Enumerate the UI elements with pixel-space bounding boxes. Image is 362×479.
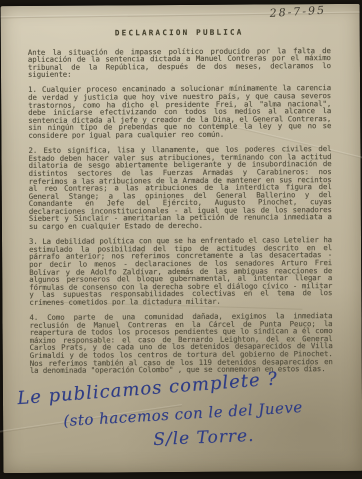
paragraph-4: 4. Como parte de una comunidad dañada, e… [29, 312, 332, 375]
paragraph-1: 1. Cualquier proceso encaminado a soluci… [28, 85, 331, 140]
handwritten-notes: Le publicamos complete ? (sto hacemos co… [3, 373, 362, 467]
document-title: DECLARACION PUBLICA [28, 28, 331, 37]
intro-paragraph: Ante la situación de impasse político pr… [28, 47, 331, 79]
typed-text-block: DECLARACION PUBLICA Ante la situación de… [28, 28, 333, 382]
paper-crease [0, 404, 182, 435]
scanned-document: 28-7-95 DECLARACION PUBLICA Ante la situ… [0, 0, 362, 479]
document-page: 28-7-95 DECLARACION PUBLICA Ante la situ… [1, 4, 362, 473]
handwritten-date: 28-7-95 [269, 4, 326, 20]
paragraph-2: 2. Esto significa, lisa y llanamente, qu… [28, 145, 332, 230]
handwritten-note-line-2: (sto hacemos con le del Jueve [63, 398, 303, 430]
paragraph-3: 3. La debilidad política con que se ha e… [29, 236, 332, 306]
handwritten-signature: S/le Torre. [153, 426, 255, 450]
